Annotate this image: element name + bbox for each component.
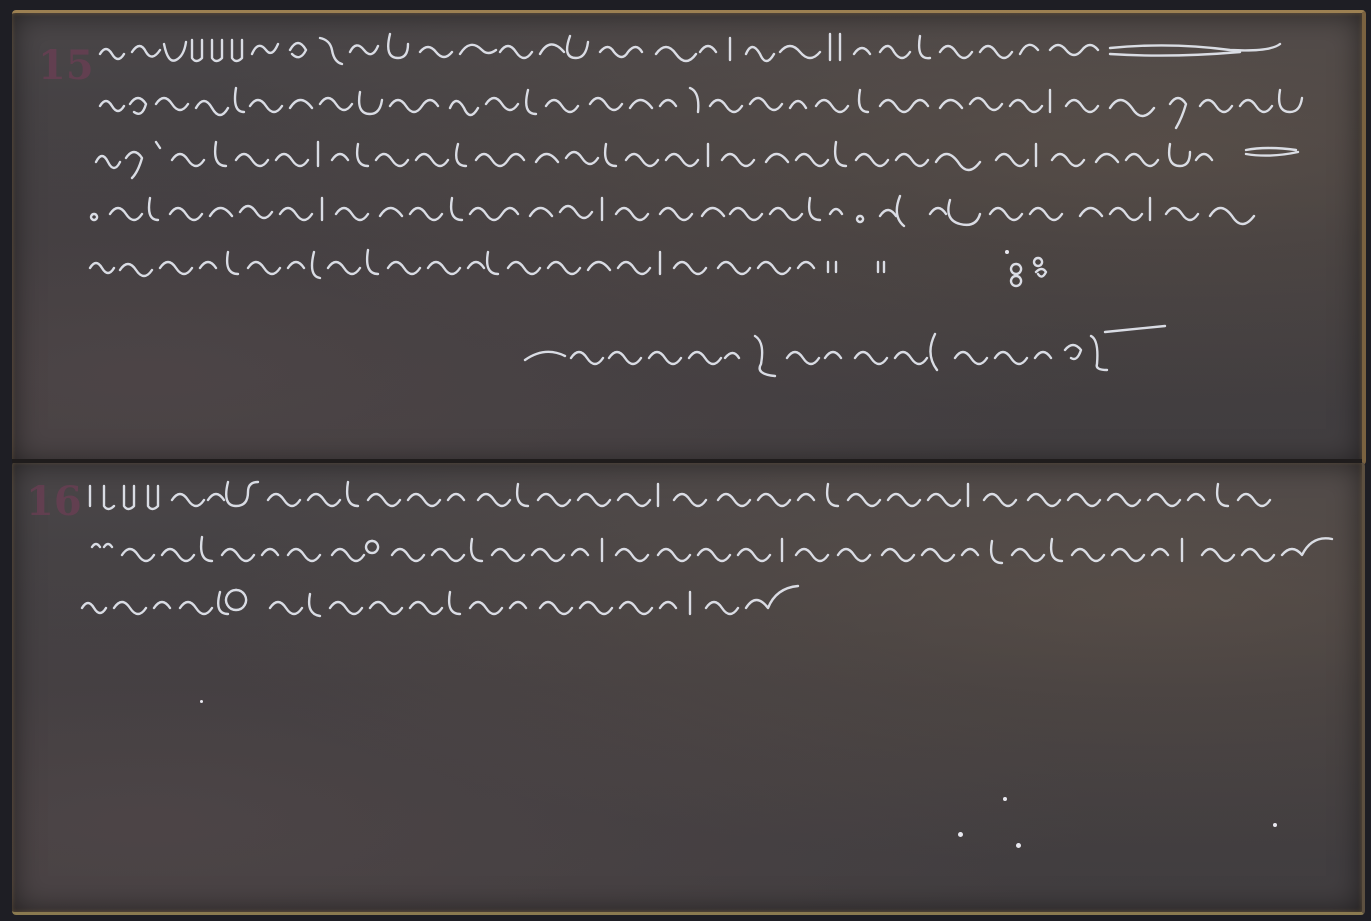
manuscript-line: [Burmese handwritten line 3 — ends with … — [96, 132, 1306, 176]
margin-mark-top: 15 — [38, 42, 94, 89]
ink-speck — [1273, 823, 1277, 827]
manuscript-line: [Burmese handwritten line 1] — [88, 472, 1288, 516]
manuscript-line: [Burmese handwritten line 5 — ends with … — [88, 240, 968, 284]
ink-speck — [1003, 797, 1007, 801]
manuscript-line: [Burmese handwritten line 4] — [90, 186, 1290, 230]
ink-speck — [200, 700, 203, 703]
manuscript-line: [Burmese handwritten line 2] — [92, 527, 1352, 571]
margin-mark-bottom: 16 — [26, 478, 82, 525]
ink-speck — [1016, 843, 1021, 848]
ink-speck — [958, 832, 963, 837]
board-hinge — [12, 459, 1362, 463]
manuscript-line: [Burmese handwritten line 3] — [80, 580, 800, 624]
manuscript-closing-line: [Burmese handwritten centered closing li… — [525, 330, 1125, 374]
manuscript-line: [Burmese handwritten line 2] — [100, 78, 1325, 122]
manuscript-line: [Burmese handwritten line 1 — ends with … — [100, 24, 1280, 68]
manuscript-numerals — [1010, 244, 1070, 288]
ink-dot — [1005, 250, 1009, 254]
